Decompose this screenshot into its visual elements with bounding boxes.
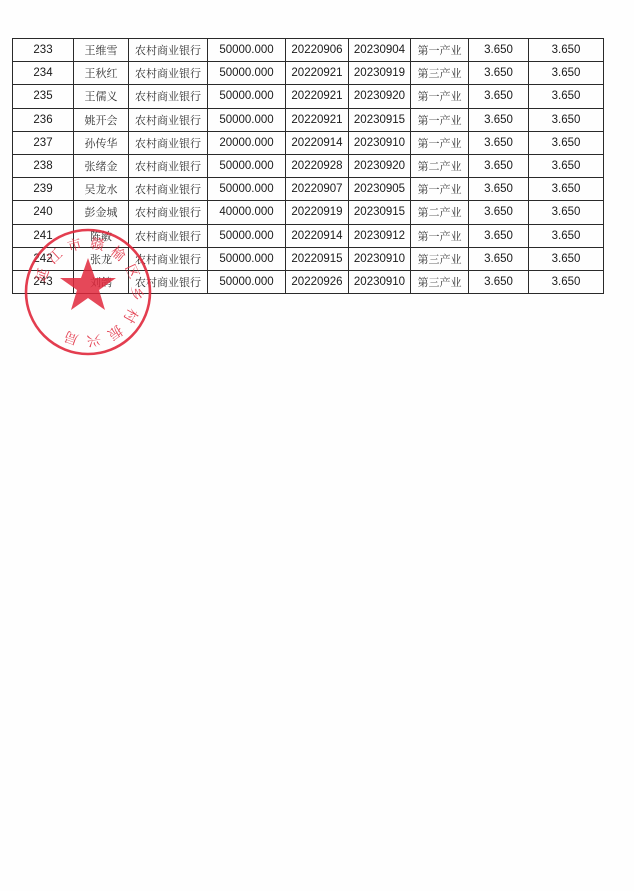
cell-rate: 3.650	[469, 108, 529, 131]
cell-rate: 3.650	[469, 270, 529, 293]
cell-name: 刘鸽	[74, 270, 129, 293]
cell-no: 242	[13, 247, 74, 270]
cell-end: 20230920	[349, 154, 411, 177]
cell-end: 20230910	[349, 270, 411, 293]
cell-start: 20220915	[286, 247, 349, 270]
cell-start: 20220906	[286, 39, 349, 62]
cell-subsidy-rate: 3.650	[529, 224, 604, 247]
cell-no: 243	[13, 270, 74, 293]
cell-subsidy-rate: 3.650	[529, 108, 604, 131]
cell-bank: 农村商业银行	[129, 247, 208, 270]
cell-end: 20230905	[349, 178, 411, 201]
cell-name: 彭金城	[74, 201, 129, 224]
cell-end: 20230915	[349, 108, 411, 131]
cell-amount: 50000.000	[208, 108, 286, 131]
cell-subsidy-rate: 3.650	[529, 154, 604, 177]
cell-bank: 农村商业银行	[129, 270, 208, 293]
cell-rate: 3.650	[469, 85, 529, 108]
cell-name: 王儒义	[74, 85, 129, 108]
table-row: 235王儒义农村商业银行50000.0002022092120230920第一产…	[13, 85, 604, 108]
cell-name: 孙传华	[74, 131, 129, 154]
cell-end: 20230912	[349, 224, 411, 247]
cell-no: 234	[13, 62, 74, 85]
cell-no: 235	[13, 85, 74, 108]
cell-amount: 50000.000	[208, 247, 286, 270]
cell-no: 233	[13, 39, 74, 62]
cell-bank: 农村商业银行	[129, 201, 208, 224]
cell-end: 20230910	[349, 247, 411, 270]
svg-text:兴: 兴	[85, 331, 102, 349]
cell-start: 20220921	[286, 108, 349, 131]
cell-end: 20230910	[349, 131, 411, 154]
cell-amount: 50000.000	[208, 178, 286, 201]
cell-rate: 3.650	[469, 224, 529, 247]
cell-amount: 50000.000	[208, 62, 286, 85]
cell-rate: 3.650	[469, 39, 529, 62]
cell-name: 张龙	[74, 247, 129, 270]
table-row: 234王秋红农村商业银行50000.0002022092120230919第三产…	[13, 62, 604, 85]
cell-amount: 40000.000	[208, 201, 286, 224]
cell-bank: 农村商业银行	[129, 224, 208, 247]
cell-end: 20230920	[349, 85, 411, 108]
cell-end: 20230915	[349, 201, 411, 224]
cell-subsidy-rate: 3.650	[529, 247, 604, 270]
cell-amount: 50000.000	[208, 85, 286, 108]
cell-bank: 农村商业银行	[129, 62, 208, 85]
table-row: 240彭金城农村商业银行40000.0002022091920230915第二产…	[13, 201, 604, 224]
cell-rate: 3.650	[469, 154, 529, 177]
cell-bank: 农村商业银行	[129, 131, 208, 154]
cell-start: 20220921	[286, 62, 349, 85]
cell-start: 20220914	[286, 224, 349, 247]
cell-start: 20220914	[286, 131, 349, 154]
svg-text:振: 振	[105, 321, 126, 343]
cell-name: 张绪金	[74, 154, 129, 177]
cell-subsidy-rate: 3.650	[529, 178, 604, 201]
cell-no: 241	[13, 224, 74, 247]
cell-name: 陈敏	[74, 224, 129, 247]
cell-rate: 3.650	[469, 201, 529, 224]
cell-industry: 第一产业	[411, 131, 469, 154]
cell-bank: 农村商业银行	[129, 178, 208, 201]
cell-name: 吴龙水	[74, 178, 129, 201]
cell-industry: 第三产业	[411, 270, 469, 293]
cell-industry: 第一产业	[411, 85, 469, 108]
table-row: 239吴龙水农村商业银行50000.0002022090720230905第一产…	[13, 178, 604, 201]
cell-amount: 50000.000	[208, 154, 286, 177]
cell-subsidy-rate: 3.650	[529, 39, 604, 62]
document-page: 233王维雪农村商业银行50000.0002022090620230904第一产…	[0, 0, 634, 891]
cell-bank: 农村商业银行	[129, 85, 208, 108]
cell-no: 238	[13, 154, 74, 177]
cell-start: 20220907	[286, 178, 349, 201]
cell-subsidy-rate: 3.650	[529, 131, 604, 154]
cell-name: 王维雪	[74, 39, 129, 62]
cell-amount: 50000.000	[208, 39, 286, 62]
table-row: 238张绪金农村商业银行50000.0002022092820230920第二产…	[13, 154, 604, 177]
cell-rate: 3.650	[469, 131, 529, 154]
cell-rate: 3.650	[469, 178, 529, 201]
cell-bank: 农村商业银行	[129, 39, 208, 62]
table-row: 233王维雪农村商业银行50000.0002022090620230904第一产…	[13, 39, 604, 62]
cell-rate: 3.650	[469, 62, 529, 85]
cell-amount: 50000.000	[208, 270, 286, 293]
cell-industry: 第二产业	[411, 154, 469, 177]
cell-no: 240	[13, 201, 74, 224]
cell-no: 237	[13, 131, 74, 154]
cell-start: 20220919	[286, 201, 349, 224]
cell-start: 20220926	[286, 270, 349, 293]
table-row: 237孙传华农村商业银行20000.0002022091420230910第一产…	[13, 131, 604, 154]
cell-industry: 第一产业	[411, 39, 469, 62]
loan-table: 233王维雪农村商业银行50000.0002022090620230904第一产…	[12, 38, 604, 294]
cell-end: 20230919	[349, 62, 411, 85]
svg-text:局: 局	[62, 327, 81, 347]
cell-subsidy-rate: 3.650	[529, 62, 604, 85]
cell-industry: 第一产业	[411, 224, 469, 247]
cell-amount: 20000.000	[208, 131, 286, 154]
table-row: 236姚开会农村商业银行50000.0002022092120230915第一产…	[13, 108, 604, 131]
cell-end: 20230904	[349, 39, 411, 62]
table-row: 243刘鸽农村商业银行50000.0002022092620230910第三产业…	[13, 270, 604, 293]
cell-industry: 第一产业	[411, 178, 469, 201]
cell-industry: 第一产业	[411, 108, 469, 131]
cell-subsidy-rate: 3.650	[529, 270, 604, 293]
cell-subsidy-rate: 3.650	[529, 201, 604, 224]
table-row: 241陈敏农村商业银行50000.0002022091420230912第一产业…	[13, 224, 604, 247]
cell-industry: 第三产业	[411, 247, 469, 270]
cell-bank: 农村商业银行	[129, 108, 208, 131]
cell-name: 姚开会	[74, 108, 129, 131]
cell-no: 239	[13, 178, 74, 201]
svg-text:村: 村	[120, 305, 142, 325]
cell-start: 20220921	[286, 85, 349, 108]
cell-subsidy-rate: 3.650	[529, 85, 604, 108]
cell-bank: 农村商业银行	[129, 154, 208, 177]
cell-no: 236	[13, 108, 74, 131]
cell-name: 王秋红	[74, 62, 129, 85]
cell-rate: 3.650	[469, 247, 529, 270]
cell-amount: 50000.000	[208, 224, 286, 247]
cell-start: 20220928	[286, 154, 349, 177]
cell-industry: 第二产业	[411, 201, 469, 224]
cell-industry: 第三产业	[411, 62, 469, 85]
table-row: 242张龙农村商业银行50000.0002022091520230910第三产业…	[13, 247, 604, 270]
